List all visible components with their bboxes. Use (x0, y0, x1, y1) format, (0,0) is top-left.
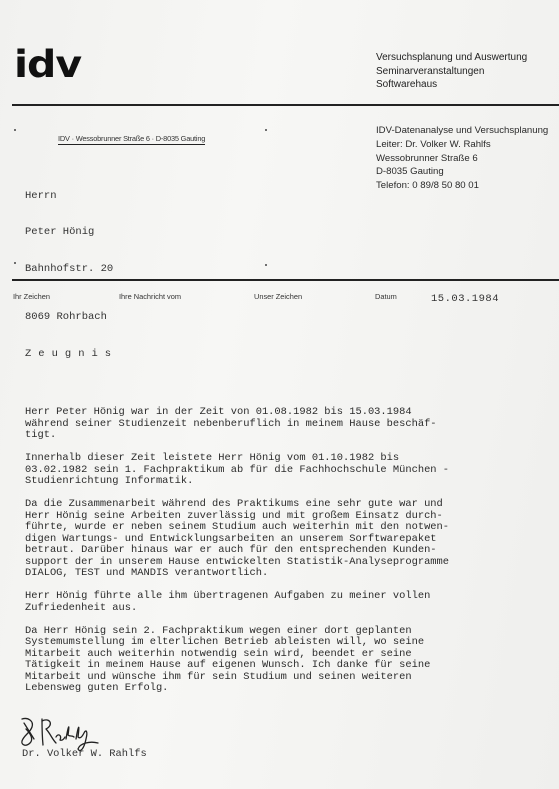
return-address: IDV · Wessobrunner Straße 6 · D-8035 Gau… (58, 134, 205, 145)
date-value: 15.03.1984 (431, 293, 499, 305)
sender-line: IDV-Datenanalyse und Versuchsplanung (376, 124, 548, 138)
fold-mark (14, 129, 16, 131)
body-paragraph: Da Herr Hönig sein 2. Fachpraktikum wege… (25, 626, 555, 695)
sender-line: Wessobrunner Straße 6 (376, 152, 548, 166)
tagline-line: Softwarehaus (376, 78, 527, 92)
letter-subject: Zeugnis (25, 348, 118, 360)
body-paragraph: Herr Hönig führte alle ihm übertragenen … (25, 591, 555, 614)
body-paragraph: Innerhalb dieser Zeit leistete Herr Höni… (25, 453, 555, 488)
fold-mark (265, 264, 267, 266)
tagline-line: Versuchsplanung und Auswertung (376, 51, 527, 65)
fold-mark (265, 129, 267, 131)
recipient-name: Peter Hönig (25, 226, 113, 238)
label-ihr-zeichen: Ihr Zeichen (13, 292, 50, 301)
sender-block: IDV-Datenanalyse und Versuchsplanung Lei… (376, 124, 548, 193)
recipient-salutation: Herrn (25, 190, 113, 202)
reference-divider (12, 279, 559, 281)
letter-page: idv Versuchsplanung und Auswertung Semin… (0, 0, 559, 789)
sender-line: Telefon: 0 89/8 50 80 01 (376, 179, 548, 193)
fold-mark (14, 262, 16, 264)
letter-body: Herr Peter Hönig war in der Zeit von 01.… (25, 407, 555, 706)
letterhead-tagline: Versuchsplanung und Auswertung Seminarve… (376, 51, 527, 92)
recipient-city: 8069 Rohrbach (25, 311, 113, 323)
sender-line: Leiter: Dr. Volker W. Rahlfs (376, 138, 548, 152)
recipient-address: Herrn Peter Hönig Bahnhofstr. 20 8069 Ro… (25, 165, 113, 348)
recipient-street: Bahnhofstr. 20 (25, 263, 113, 275)
tagline-line: Seminarveranstaltungen (376, 65, 527, 79)
sender-line: D-8035 Gauting (376, 165, 548, 179)
label-unser-zeichen: Unser Zeichen (254, 292, 302, 301)
label-ihre-nachricht: Ihre Nachricht vom (119, 292, 181, 301)
body-paragraph: Da die Zusammenarbeit während des Prakti… (25, 499, 555, 580)
company-logo: idv (14, 46, 81, 84)
header-divider (12, 104, 559, 106)
signer-name: Dr. Volker W. Rahlfs (22, 748, 147, 760)
label-datum: Datum (375, 292, 397, 301)
body-paragraph: Herr Peter Hönig war in der Zeit von 01.… (25, 407, 555, 442)
